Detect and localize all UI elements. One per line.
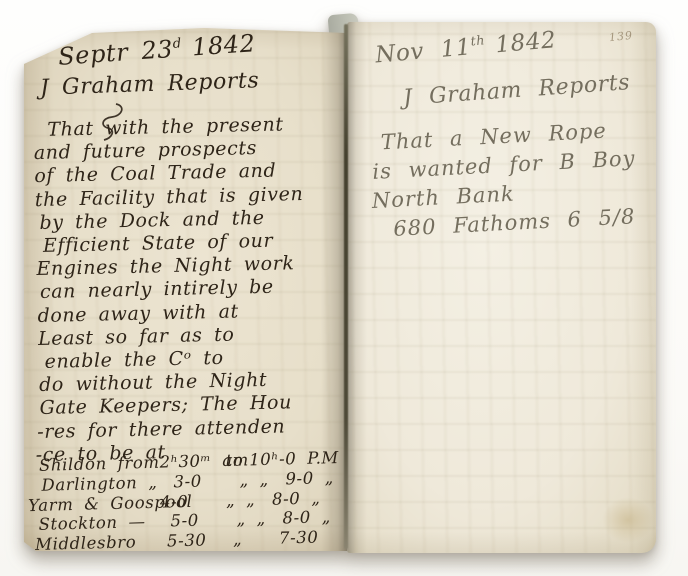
start-time-cell: 5-30 — [167, 530, 233, 551]
report-body: That with the presentand future prospect… — [33, 113, 309, 467]
date-superscript: th — [470, 32, 486, 48]
attendance-timetable: Shildon from 2ʰ30ᵐ am to 10ʰ-0 P.M Darli… — [31, 448, 341, 551]
date-heading: Septr 23d1842 — [57, 29, 256, 71]
ditto-cell: „ „ — [226, 489, 273, 510]
start-time-cell: 2ʰ30ᵐ am — [159, 451, 225, 473]
page-number: 139 — [608, 29, 633, 44]
page-number: 138 — [37, 32, 63, 49]
left-page: 138 Septr 23d1842 J Graham Reports That … — [24, 28, 347, 551]
station-cell: Middlesbro — [35, 532, 167, 551]
end-time-cell: 8-0 „ — [282, 507, 340, 528]
binding-gutter — [344, 24, 348, 549]
date-year: 1842 — [494, 27, 557, 58]
end-time-cell: 9-0 „ — [285, 468, 339, 489]
open-ledger-book: 138 Septr 23d1842 J Graham Reports That … — [24, 16, 656, 553]
date-superscript: d — [172, 36, 182, 52]
start-time-cell: 4-0 — [160, 491, 226, 513]
end-time-cell: 7-30 — [279, 527, 341, 548]
ditto-cell: „ — [233, 529, 280, 550]
date-heading: Nov 11th1842 — [374, 26, 557, 68]
date-year: 1842 — [191, 29, 256, 61]
ditto-cell: „ „ — [236, 509, 283, 530]
start-time-cell: 3-0 — [173, 470, 239, 492]
reporter-line: J Graham Reports — [402, 70, 631, 111]
paper-stain — [602, 497, 654, 543]
right-page: 139 Nov 11th1842 J Graham Reports That a… — [347, 22, 656, 553]
start-time-cell: 5-0 — [170, 510, 236, 532]
ditto-cell: „ „ — [239, 469, 286, 490]
ditto-cell: to — [225, 450, 249, 470]
date-text: Septr 23 — [57, 35, 174, 71]
photo-frame: 138 Septr 23d1842 J Graham Reports That … — [0, 0, 688, 576]
end-time-cell: 8-0 „ — [272, 488, 340, 510]
date-text: Nov 11 — [374, 34, 472, 68]
report-body: That a New Ropeis wanted for B BoyNorth … — [370, 115, 639, 245]
reporter-line: J Graham Reports — [40, 68, 260, 101]
end-time-cell: 10ʰ-0 P.M — [249, 448, 339, 470]
